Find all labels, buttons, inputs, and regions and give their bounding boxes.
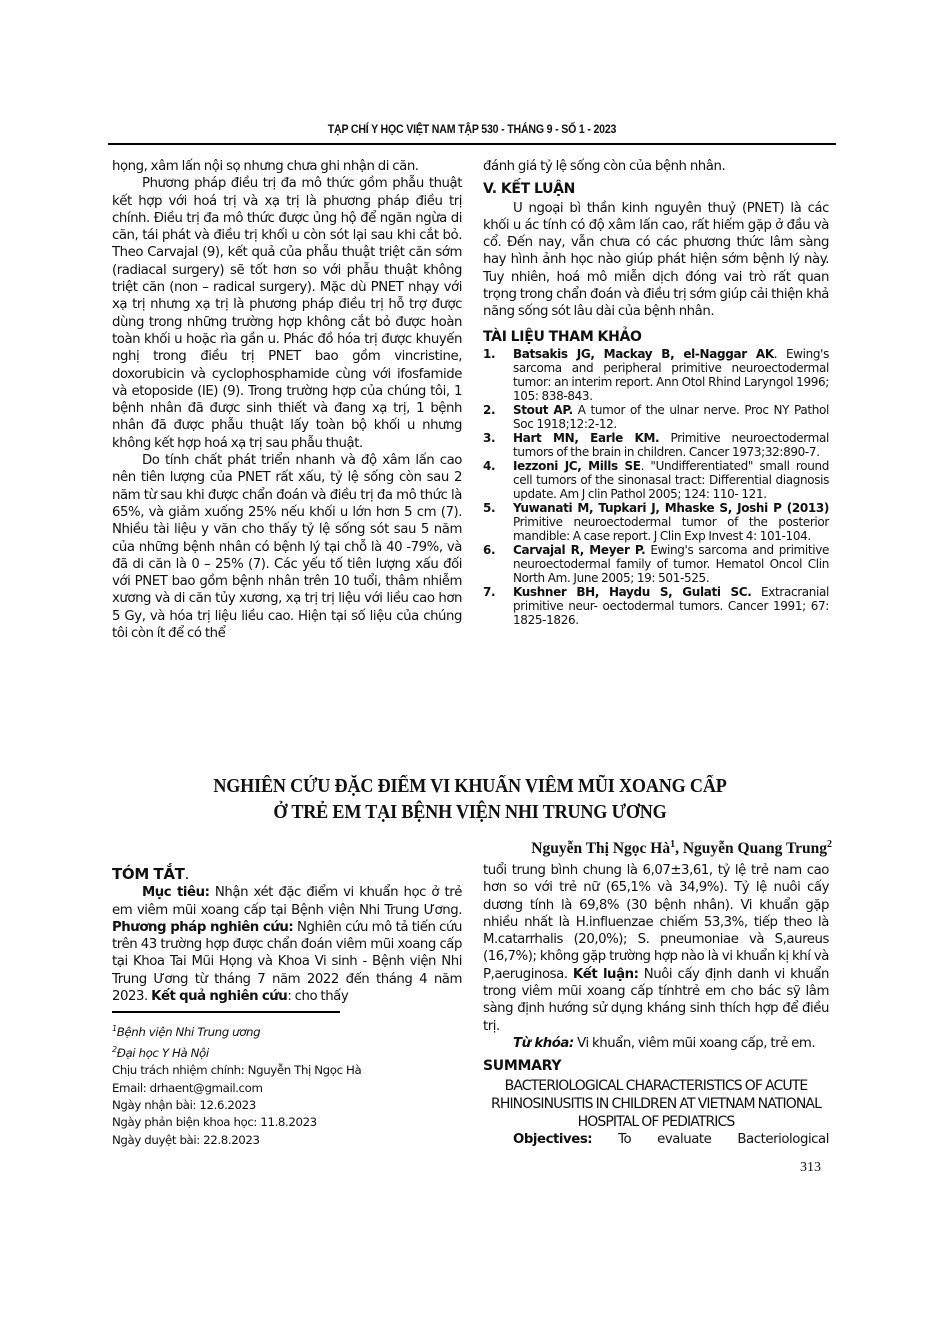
summary-title: BACTERIOLOGICAL CHARACTERISTICS OF ACUTE… — [483, 1077, 829, 1131]
running-head: TẠP CHÍ Y HỌC VIỆT NAM TẬP 530 - THÁNG 9… — [137, 124, 807, 136]
reference-item: 3.Hart MN, Earle KM. Primitive neuroecto… — [483, 431, 829, 459]
conclusion-paragraph: U ngoại bì thần kinh nguyên thuỷ (PNET) … — [483, 200, 829, 321]
reference-authors: Yuwanati M, Tupkari J, Mhaske S, Joshi P… — [513, 501, 829, 515]
abstract-paragraph: tuổi trung bình chung là 6,07±3,61, tỷ l… — [483, 862, 829, 1035]
email: Email: drhaent@gmail.com — [112, 1080, 462, 1097]
reference-number: 3. — [483, 431, 495, 445]
references-heading: TÀI LIỆU THAM KHẢO — [483, 329, 829, 346]
reference-authors: Kushner BH, Haydu S, Gulati SC. — [513, 585, 751, 599]
article-title-line-2: Ở TRẺ EM TẠI BỆNH VIỆN NHI TRUNG ƯƠNG — [145, 800, 796, 826]
reference-item: 2.Stout AP. A tumor of the ulnar nerve. … — [483, 403, 829, 431]
corresponding-author: Chịu trách nhiệm chính: Nguyễn Thị Ngọc … — [112, 1062, 462, 1079]
footnotes: 1Bệnh viện Nhi Trung ương 2Đại học Y Hà … — [112, 1020, 462, 1149]
page-number: 313 — [800, 1160, 821, 1176]
reference-item: 6.Carvajal R, Meyer P. Ewing's sarcoma a… — [483, 543, 829, 585]
affiliation-marker: 2 — [827, 839, 832, 850]
method-label: Phương pháp nghiên cứu: — [112, 920, 293, 935]
abstract-heading-text: TÓM TẮT — [112, 865, 185, 883]
summary-objectives-label: Objectives: — [513, 1132, 592, 1147]
conclusion-label: Kết luận: — [573, 967, 639, 982]
abstract-paragraph: Mục tiêu: Nhận xét đặc điểm vi khuẩn học… — [112, 884, 462, 1005]
paragraph: Phương pháp điều trị đa mô thức gồm phẫu… — [112, 175, 462, 452]
reference-number: 2. — [483, 403, 495, 417]
author-name: Nguyễn Quang Trung — [683, 840, 827, 857]
article-title-line-1: NGHIÊN CỨU ĐẶC ĐIỂM VI KHUẨN VIÊM MŨI XO… — [145, 774, 796, 800]
paragraph: đánh giá tỷ lệ sống còn của bệnh nhân. — [483, 158, 829, 175]
reference-authors: Carvajal R, Meyer P. — [513, 543, 645, 557]
affiliation-2: 2Đại học Y Hà Nội — [112, 1041, 462, 1062]
reference-item: 4.Iezzoni JC, Mills SE. "Undifferentiate… — [483, 459, 829, 501]
header-rule — [108, 143, 836, 145]
conclusion-heading: V. KẾT LUẬN — [483, 181, 829, 198]
prev-article-right-column: đánh giá tỷ lệ sống còn của bệnh nhân. V… — [483, 158, 829, 627]
paragraph: họng, xâm lấn nội sọ nhưng chưa ghi nhận… — [112, 158, 462, 175]
reference-item: 5.Yuwanati M, Tupkari J, Mhaske S, Joshi… — [483, 501, 829, 543]
reference-citation: Primitive neuroectodermal tumor of the p… — [513, 515, 829, 543]
objective-label: Mục tiêu: — [142, 885, 210, 900]
reference-item: 1.Batsakis JG, Mackay B, el-Naggar AK. E… — [483, 347, 829, 403]
keywords: Từ khóa: Vi khuẩn, viêm mũi xoang cấp, t… — [483, 1035, 829, 1052]
reference-authors: Batsakis JG, Mackay B, el-Naggar AK — [513, 347, 774, 361]
date-received: Ngày nhận bài: 12.6.2023 — [112, 1097, 462, 1114]
reference-list: 1.Batsakis JG, Mackay B, el-Naggar AK. E… — [483, 347, 829, 627]
prev-article-left-column: họng, xâm lấn nội sọ nhưng chưa ghi nhận… — [112, 158, 462, 642]
results-text: : cho thấy — [287, 989, 348, 1004]
date-reviewed: Ngày phản biện khoa học: 11.8.2023 — [112, 1114, 462, 1131]
affiliation-text: Bệnh viện Nhi Trung ương — [117, 1025, 261, 1039]
author-line: Nguyễn Thị Ngọc Hà1, Nguyễn Quang Trung2 — [531, 839, 832, 858]
date-accepted: Ngày duyệt bài: 22.8.2023 — [112, 1132, 462, 1149]
affiliation-text: Đại học Y Hà Nội — [117, 1046, 209, 1060]
reference-item: 7.Kushner BH, Haydu S, Gulati SC. Extrac… — [483, 585, 829, 627]
abstract-left-column: TÓM TẮT. Mục tiêu: Nhận xét đặc điểm vi … — [112, 866, 462, 1005]
article-title: NGHIÊN CỨU ĐẶC ĐIỂM VI KHUẨN VIÊM MŨI XO… — [145, 774, 796, 826]
author-separator: , — [675, 840, 683, 857]
footnote-rule — [112, 1011, 340, 1013]
reference-authors: Iezzoni JC, Mills SE — [513, 459, 641, 473]
reference-authors: Hart MN, Earle KM. — [513, 431, 659, 445]
abstract-right-column: tuổi trung bình chung là 6,07±3,61, tỷ l… — [483, 862, 829, 1148]
reference-number: 4. — [483, 459, 495, 473]
reference-number: 1. — [483, 347, 495, 361]
affiliation-1: 1Bệnh viện Nhi Trung ương — [112, 1020, 462, 1041]
journal-page: TẠP CHÍ Y HỌC VIỆT NAM TẬP 530 - THÁNG 9… — [0, 0, 942, 1333]
results-text: tuổi trung bình chung là 6,07±3,61, tỷ l… — [483, 863, 829, 982]
summary-heading: SUMMARY — [483, 1058, 829, 1075]
paragraph: Do tính chất phát triển nhanh và độ xâm … — [112, 452, 462, 642]
keywords-label: Từ khóa: — [513, 1036, 574, 1051]
summary-objectives-text: To evaluate Bacteriological — [592, 1132, 829, 1147]
abstract-heading-dot: . — [185, 865, 189, 883]
summary-paragraph: Objectives: To evaluate Bacteriological — [483, 1131, 829, 1148]
results-label: Kết quả nghiên cứu — [151, 989, 287, 1004]
reference-authors: Stout AP. — [513, 403, 573, 417]
keywords-text: Vi khuẩn, viêm mũi xoang cấp, trẻ em. — [574, 1036, 815, 1051]
abstract-heading: TÓM TẮT. — [112, 866, 462, 883]
reference-number: 6. — [483, 543, 495, 557]
reference-number: 7. — [483, 585, 495, 599]
author-name: Nguyễn Thị Ngọc Hà — [531, 840, 670, 857]
reference-number: 5. — [483, 501, 495, 515]
